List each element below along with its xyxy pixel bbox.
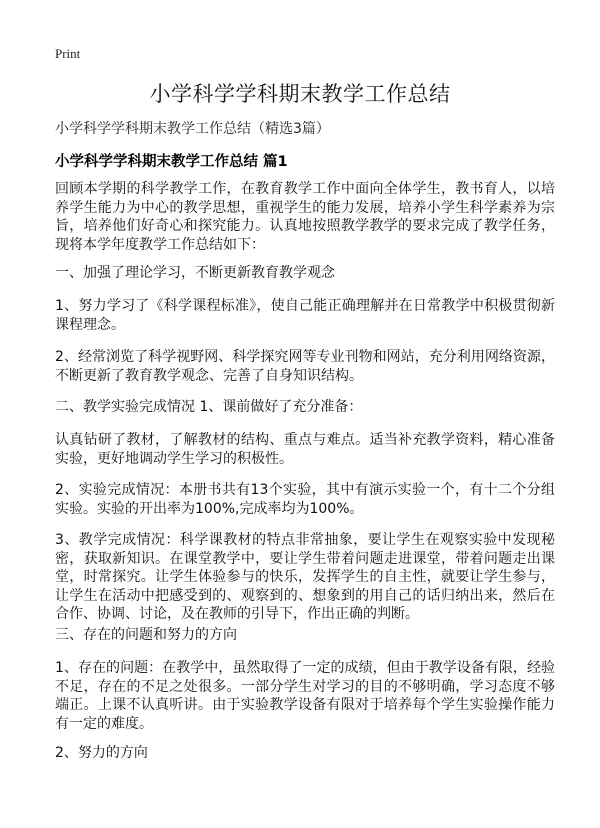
paragraph-intro: 回顾本学期的科学教学工作，在教育教学工作中面向全体学生，教书育人，以培养学生能力… (55, 180, 555, 254)
paragraph-3-2: 2、努力的方向 (55, 744, 555, 763)
paragraph-2-1: 认真钻研了教材，了解教材的结构、重点与难点。适当补充教学资料，精心准备实验，更好… (55, 431, 555, 468)
paragraph-1-2: 2、经常浏览了科学视野网、科学探究网等专业刊物和网站，充分利用网络资源，不断更新… (55, 348, 555, 385)
document-subtitle: 小学科学学科期末教学工作总结（精选3篇） (55, 118, 330, 138)
section-heading-2: 二、教学实验完成情况 1、课前做好了充分准备： (55, 398, 555, 417)
print-label: Print (55, 46, 80, 62)
section-heading-1: 一、加强了理论学习，不断更新教育教学观念 (55, 264, 555, 283)
chapter-heading: 小学科学学科期末教学工作总结 篇1 (55, 150, 288, 171)
paragraph-2-3: 3、教学完成情况：科学课教材的特点非常抽象，要让学生在观察实验中发现秘密，获取新… (55, 531, 555, 624)
paragraph-3-1: 1、存在的问题：在教学中，虽然取得了一定的成绩，但由于教学设备有限，经验不足，存… (55, 659, 555, 733)
section-heading-3: 三、存在的问题和努力的方向 (55, 626, 555, 645)
document-title: 小学科学学科期末教学工作总结 (0, 78, 600, 108)
paragraph-2-2: 2、实验完成情况：本册书共有13个实验，其中有演示实验一个，有十二个分组实验。实… (55, 481, 555, 518)
paragraph-1-1: 1、努力学习了《科学课程标准》，使自己能正确理解并在日常教学中积极贯彻新课程理念… (55, 297, 555, 334)
